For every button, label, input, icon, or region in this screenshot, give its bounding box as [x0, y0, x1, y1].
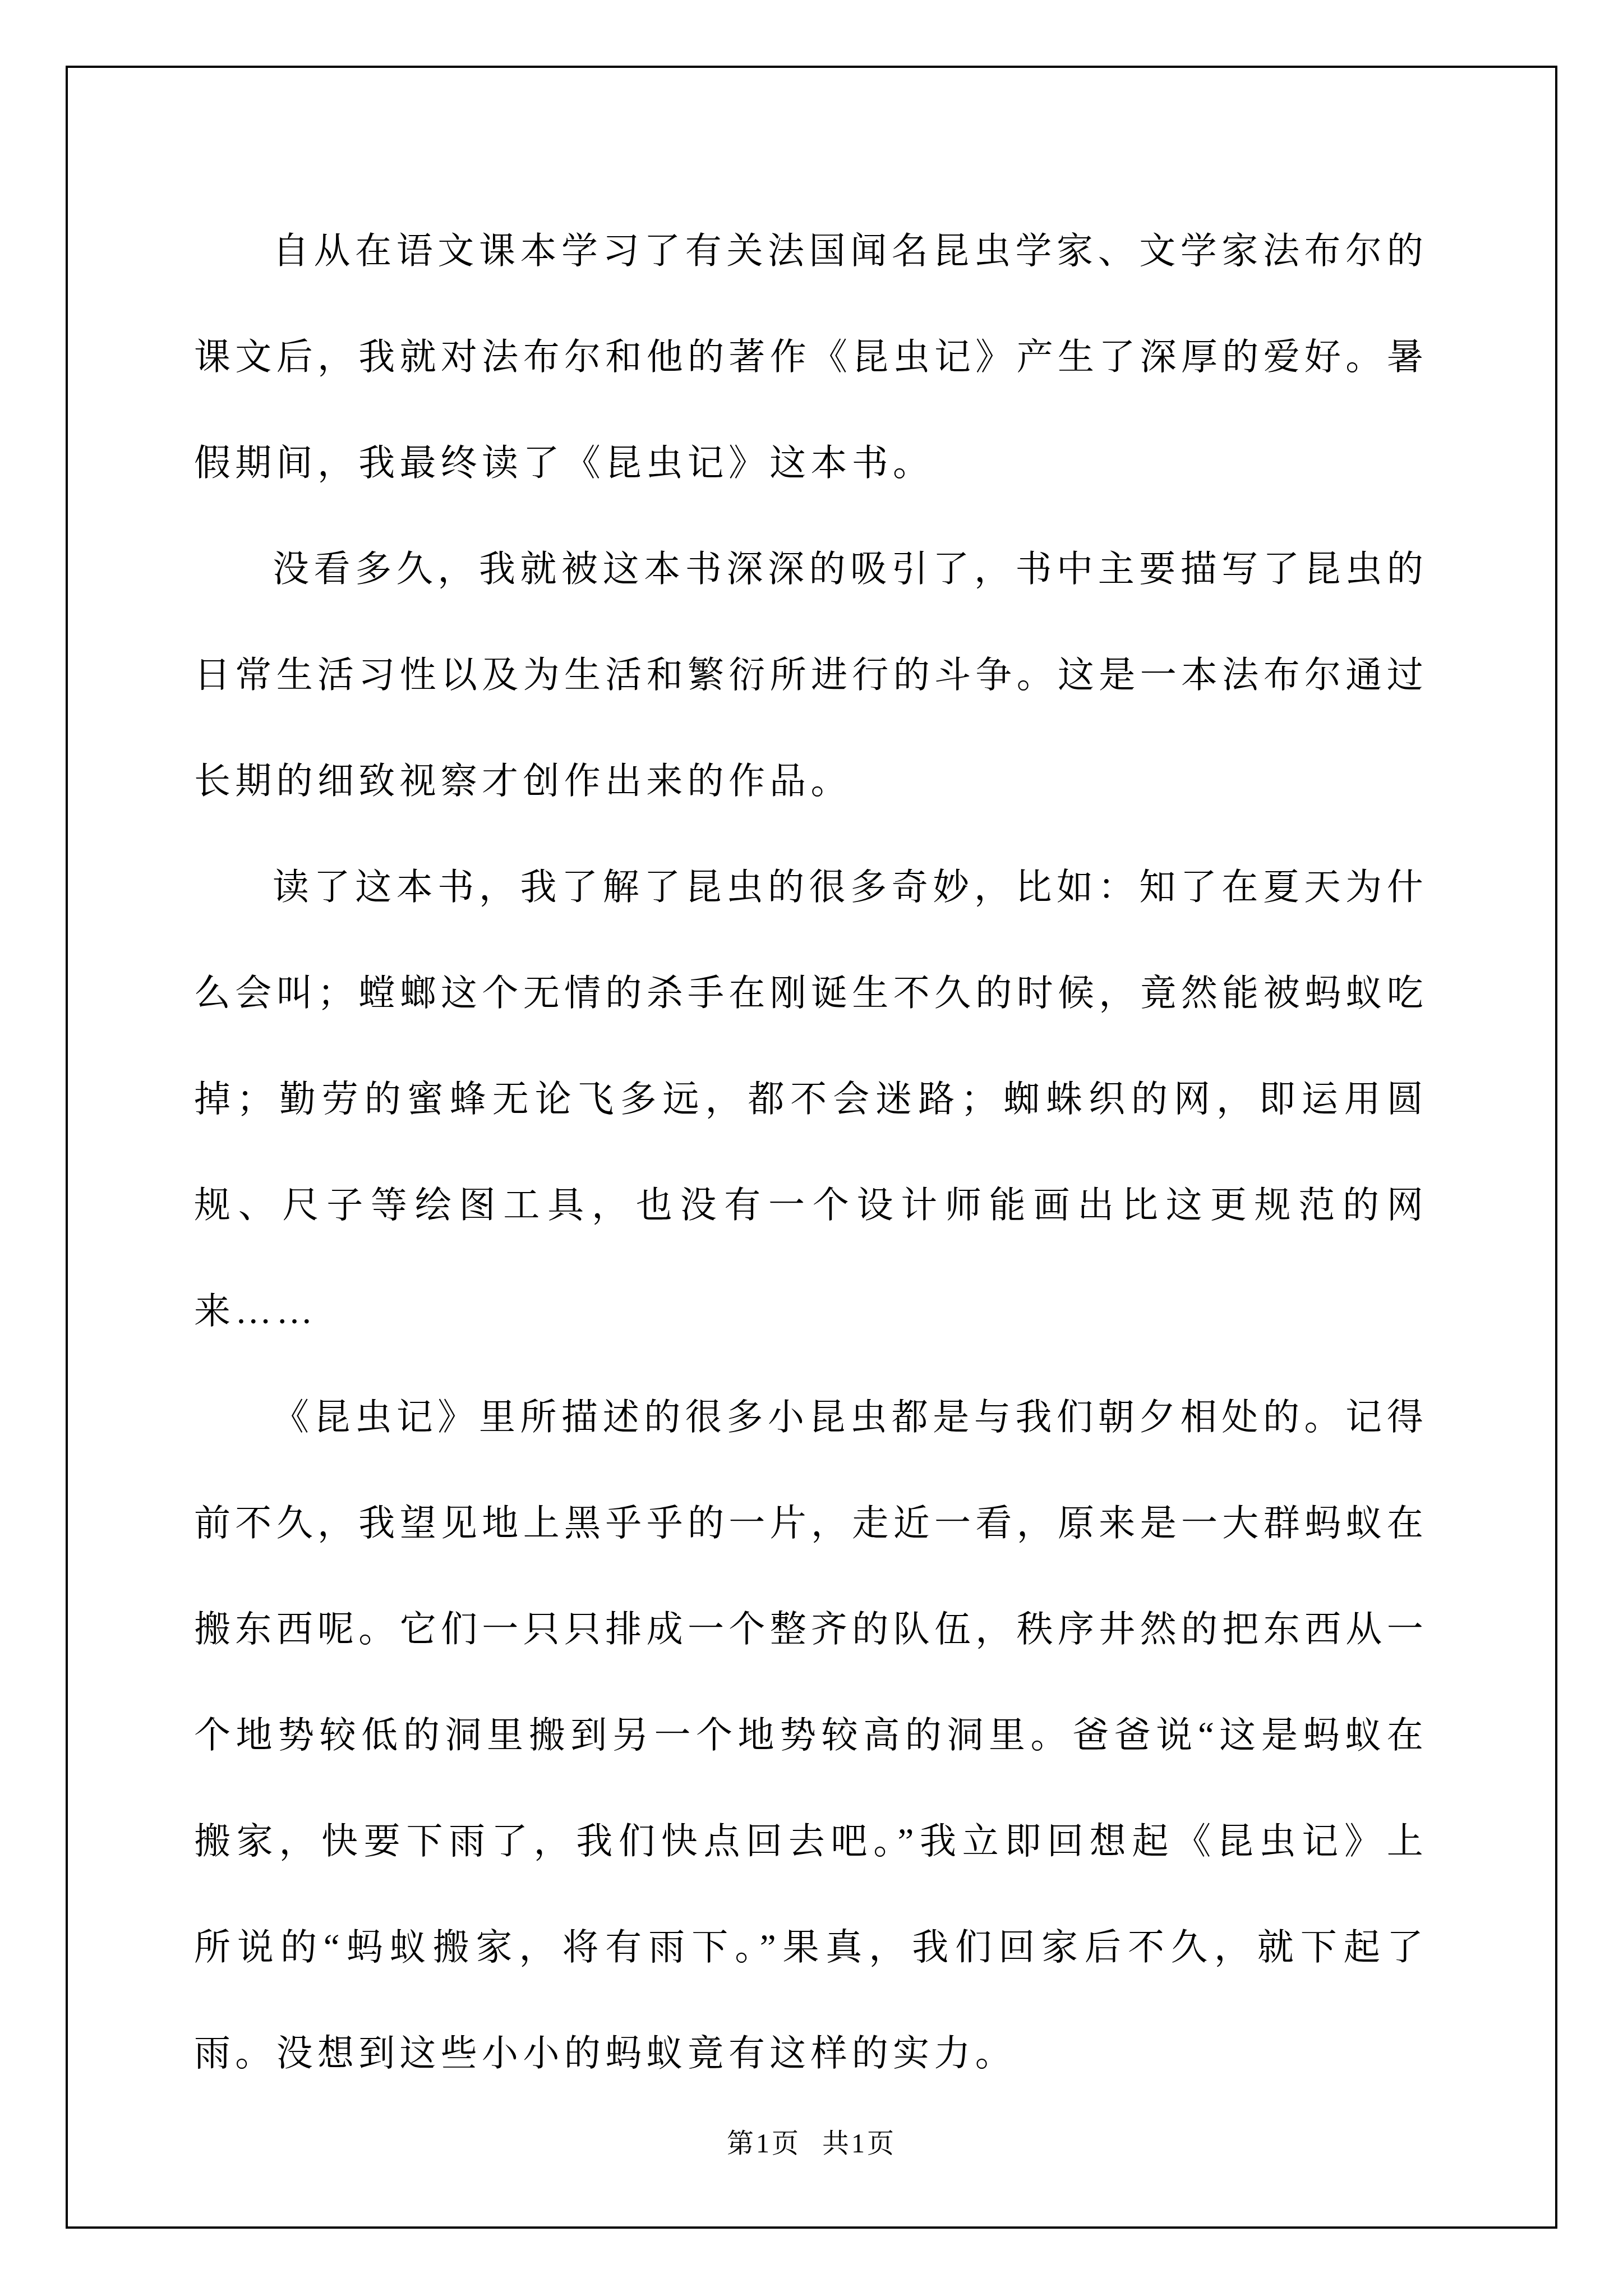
paragraph-1: 自从在语文课本学习了有关法国闻名昆虫学家、文学家法布尔的课文后，我就对法布尔和他… — [194, 199, 1428, 517]
paragraph-2: 没看多久，我就被这本书深深的吸引了，书中主要描写了昆虫的日常生活习性以及为生活和… — [194, 517, 1428, 835]
page-number-label: 第1页 共1页 — [727, 2129, 896, 2159]
paragraph-3: 读了这本书，我了解了昆虫的很多奇妙，比如：知了在夏天为什么会叫；螳螂这个无情的杀… — [194, 835, 1428, 1365]
document-page: 自从在语文课本学习了有关法国闻名昆虫学家、文学家法布尔的课文后，我就对法布尔和他… — [0, 0, 1623, 2296]
page-footer: 第1页 共1页 — [0, 2129, 1623, 2159]
paragraph-4: 《昆虫记》里所描述的很多小昆虫都是与我们朝夕相处的。记得前不久，我望见地上黑乎乎… — [194, 1365, 1428, 2107]
document-body: 自从在语文课本学习了有关法国闻名昆虫学家、文学家法布尔的课文后，我就对法布尔和他… — [194, 199, 1428, 2107]
